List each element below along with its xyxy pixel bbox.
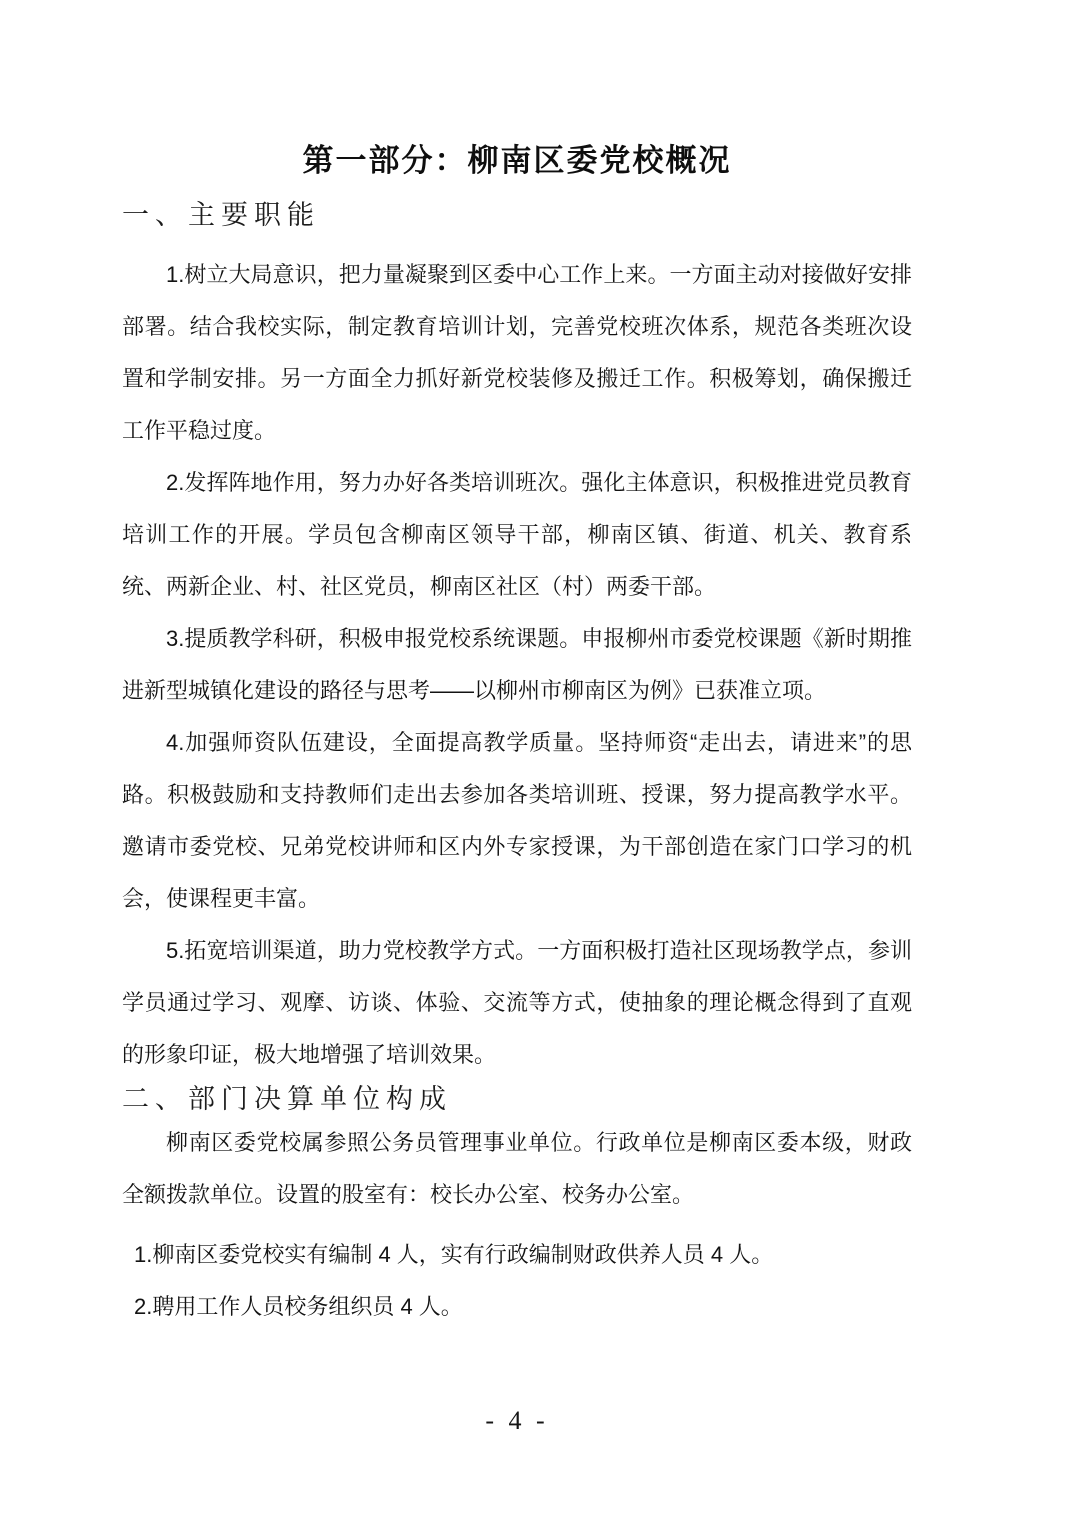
body-paragraph: 3.提质教学科研，积极申报党校系统课题。申报柳州市委党校课题《新时期推进新型城镇…: [122, 613, 912, 717]
document-page-content: 第一部分：柳南区委党校概况 一、主要职能 1.树立大局意识，把力量凝聚到区委中心…: [122, 0, 912, 1333]
numbered-line-hired-staff: 2.聘用工作人员校务组织员 4 人。: [122, 1281, 912, 1333]
body-paragraph: 2.发挥阵地作用，努力办好各类培训班次。强化主体意识，积极推进党员教育培训工作的…: [122, 457, 912, 613]
section-heading-unit-composition: 二、部门决算单位构成: [122, 1081, 912, 1117]
page-title: 第一部分：柳南区委党校概况: [122, 142, 912, 179]
section-heading-main-functions: 一、主要职能: [122, 197, 912, 233]
numbered-line-staffing: 1.柳南区委党校实有编制 4 人，实有行政编制财政供养人员 4 人。: [122, 1229, 912, 1281]
body-paragraph: 4.加强师资队伍建设，全面提高教学质量。坚持师资“走出去，请进来”的思路。积极鼓…: [122, 717, 912, 925]
body-paragraph: 柳南区委党校属参照公务员管理事业单位。行政单位是柳南区委本级，财政全额拨款单位。…: [122, 1117, 912, 1221]
page-number: - 4 -: [122, 1406, 912, 1436]
body-paragraph: 1.树立大局意识，把力量凝聚到区委中心工作上来。一方面主动对接做好安排部署。结合…: [122, 249, 912, 457]
body-paragraph: 5.拓宽培训渠道，助力党校教学方式。一方面积极打造社区现场教学点，参训学员通过学…: [122, 925, 912, 1081]
